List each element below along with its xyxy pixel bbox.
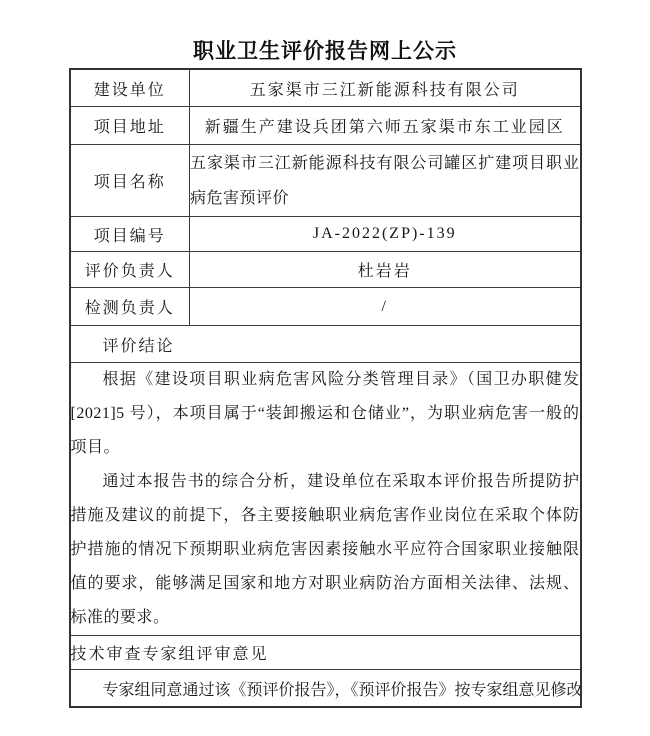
table-row-construction-unit: 建设单位 五家渠市三江新能源科技有限公司 — [70, 69, 581, 107]
table-row-project-name: 项目名称 五家渠市三江新能源科技有限公司罐区扩建项目职业病危害预评价 — [70, 145, 581, 217]
row-value-construction-unit: 五家渠市三江新能源科技有限公司 — [190, 69, 581, 107]
table-row-evaluation-leader: 评价负责人 杜岩岩 — [70, 252, 581, 288]
row-label-project-name: 项目名称 — [70, 145, 190, 217]
review-opinion-text: 专家组同意通过该《预评价报告》，《预评价报告》按专家组意见修改。 — [70, 670, 581, 708]
conclusion-header-label: 评价结论 — [70, 326, 581, 363]
table-row-conclusion-body: 根据《建设项目职业病危害风险分类管理目录》（国卫办职健发[2021]5 号），本… — [70, 363, 581, 636]
row-value-project-address: 新疆生产建设兵团第六师五家渠市东工业园区 — [190, 107, 581, 145]
table-row-conclusion-header: 评价结论 — [70, 326, 581, 363]
row-label-project-address: 项目地址 — [70, 107, 190, 145]
row-value-testing-leader: / — [190, 288, 581, 326]
table-row-testing-leader: 检测负责人 / — [70, 288, 581, 326]
row-label-construction-unit: 建设单位 — [70, 69, 190, 107]
review-header-label: 技术审查专家组评审意见 — [70, 636, 581, 670]
row-value-project-number: JA-2022(ZP)-139 — [190, 217, 581, 252]
row-value-evaluation-leader: 杜岩岩 — [190, 252, 581, 288]
row-value-project-name: 五家渠市三江新能源科技有限公司罐区扩建项目职业病危害预评价 — [190, 145, 581, 217]
conclusion-paragraph-1: 根据《建设项目职业病危害风险分类管理目录》（国卫办职健发[2021]5 号），本… — [71, 363, 580, 465]
conclusion-body-cell: 根据《建设项目职业病危害风险分类管理目录》（国卫办职健发[2021]5 号），本… — [70, 363, 581, 636]
document-page: 职业卫生评价报告网上公示 建设单位 五家渠市三江新能源科技有限公司 项目地址 新… — [0, 0, 650, 736]
conclusion-paragraph-2: 通过本报告书的综合分析，建设单位在采取本评价报告所提防护措施及建议的前提下，各主… — [71, 465, 580, 635]
publicity-table: 建设单位 五家渠市三江新能源科技有限公司 项目地址 新疆生产建设兵团第六师五家渠… — [69, 68, 582, 708]
page-title: 职业卫生评价报告网上公示 — [0, 0, 650, 64]
table-row-review-opinion: 专家组同意通过该《预评价报告》，《预评价报告》按专家组意见修改。 — [70, 670, 581, 708]
table-row-project-number: 项目编号 JA-2022(ZP)-139 — [70, 217, 581, 252]
row-label-testing-leader: 检测负责人 — [70, 288, 190, 326]
row-label-evaluation-leader: 评价负责人 — [70, 252, 190, 288]
row-label-project-number: 项目编号 — [70, 217, 190, 252]
table-row-review-header: 技术审查专家组评审意见 — [70, 636, 581, 670]
table-row-project-address: 项目地址 新疆生产建设兵团第六师五家渠市东工业园区 — [70, 107, 581, 145]
